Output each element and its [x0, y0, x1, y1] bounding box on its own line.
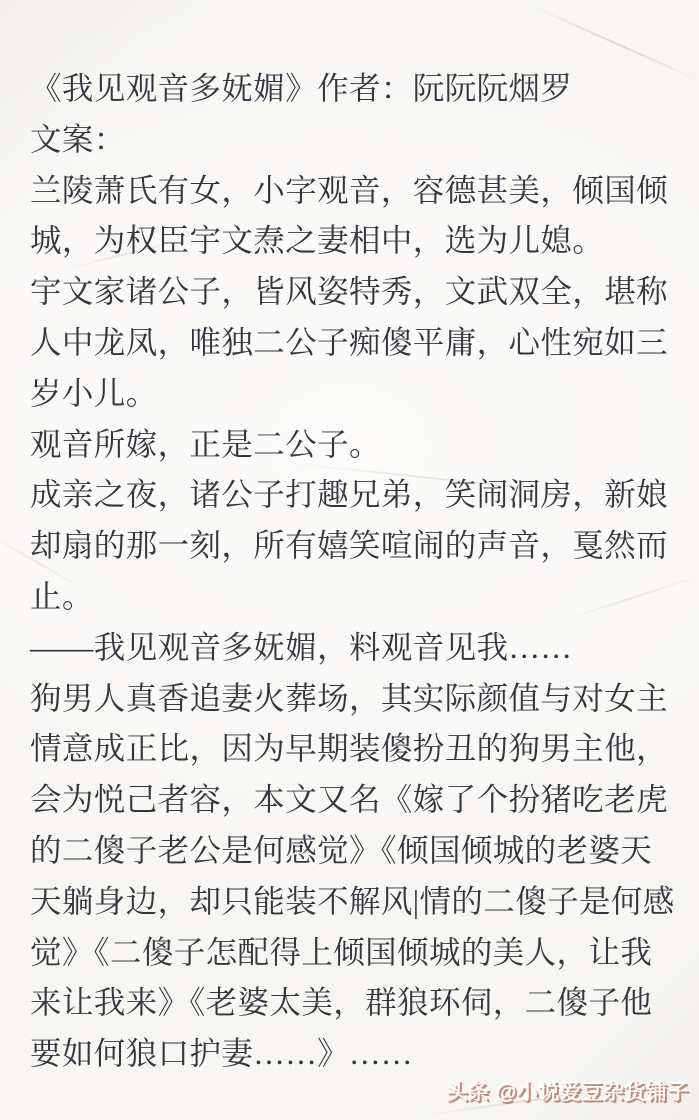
- synopsis-text-block: 《我见观音多妩媚》作者：阮阮阮烟罗文案：兰陵萧氏有女，小字观音，容德甚美，倾国倾…: [30, 64, 675, 1080]
- text-line: 狗男人真香追妻火葬场，其实际颜值与对女主: [30, 674, 675, 725]
- text-line: ——我见观音多妩媚，料观音见我……: [30, 623, 675, 674]
- text-line: 观音所嫁，正是二公子。: [30, 420, 675, 471]
- text-line: 城，为权臣宇文焘之妻相中，选为儿媳。: [30, 216, 675, 267]
- text-line: 《我见观音多妩媚》作者：阮阮阮烟罗: [30, 64, 675, 115]
- text-line: 人中龙凤，唯独二公子痴傻平庸，心性宛如三: [30, 318, 675, 369]
- text-line: 宇文家诸公子，皆风姿特秀，文武双全，堪称: [30, 267, 675, 318]
- text-line: 会为悦己者容，本文又名《嫁了个扮猪吃老虎: [30, 775, 675, 826]
- text-line: 止。: [30, 572, 675, 623]
- text-line: 要如何狼口护妻……》……: [30, 1029, 675, 1080]
- text-line: 却扇的那一刻，所有嬉笑喧闹的声音，戛然而: [30, 521, 675, 572]
- toutiao-watermark: 头条 @小说爱豆杂货铺子: [447, 1076, 689, 1106]
- text-line: 成亲之夜，诸公子打趣兄弟，笑闹洞房，新娘: [30, 470, 675, 521]
- scanned-synopsis-page: 《我见观音多妩媚》作者：阮阮阮烟罗文案：兰陵萧氏有女，小字观音，容德甚美，倾国倾…: [0, 0, 699, 1120]
- text-line: 来让我来》《老婆太美，群狼环伺，二傻子他: [30, 978, 675, 1029]
- text-line: 的二傻子老公是何感觉》《倾国倾城的老婆天: [30, 826, 675, 877]
- text-line: 觉》《二傻子怎配得上倾国倾城的美人，让我: [30, 928, 675, 979]
- text-line: 兰陵萧氏有女，小字观音，容德甚美，倾国倾: [30, 166, 675, 217]
- text-line: 情意成正比，因为早期装傻扮丑的狗男主他，: [30, 724, 675, 775]
- text-line: 天躺身边，却只能装不解风|情的二傻子是何感: [30, 877, 675, 928]
- text-line: 岁小儿。: [30, 369, 675, 420]
- text-line: 文案：: [30, 115, 675, 166]
